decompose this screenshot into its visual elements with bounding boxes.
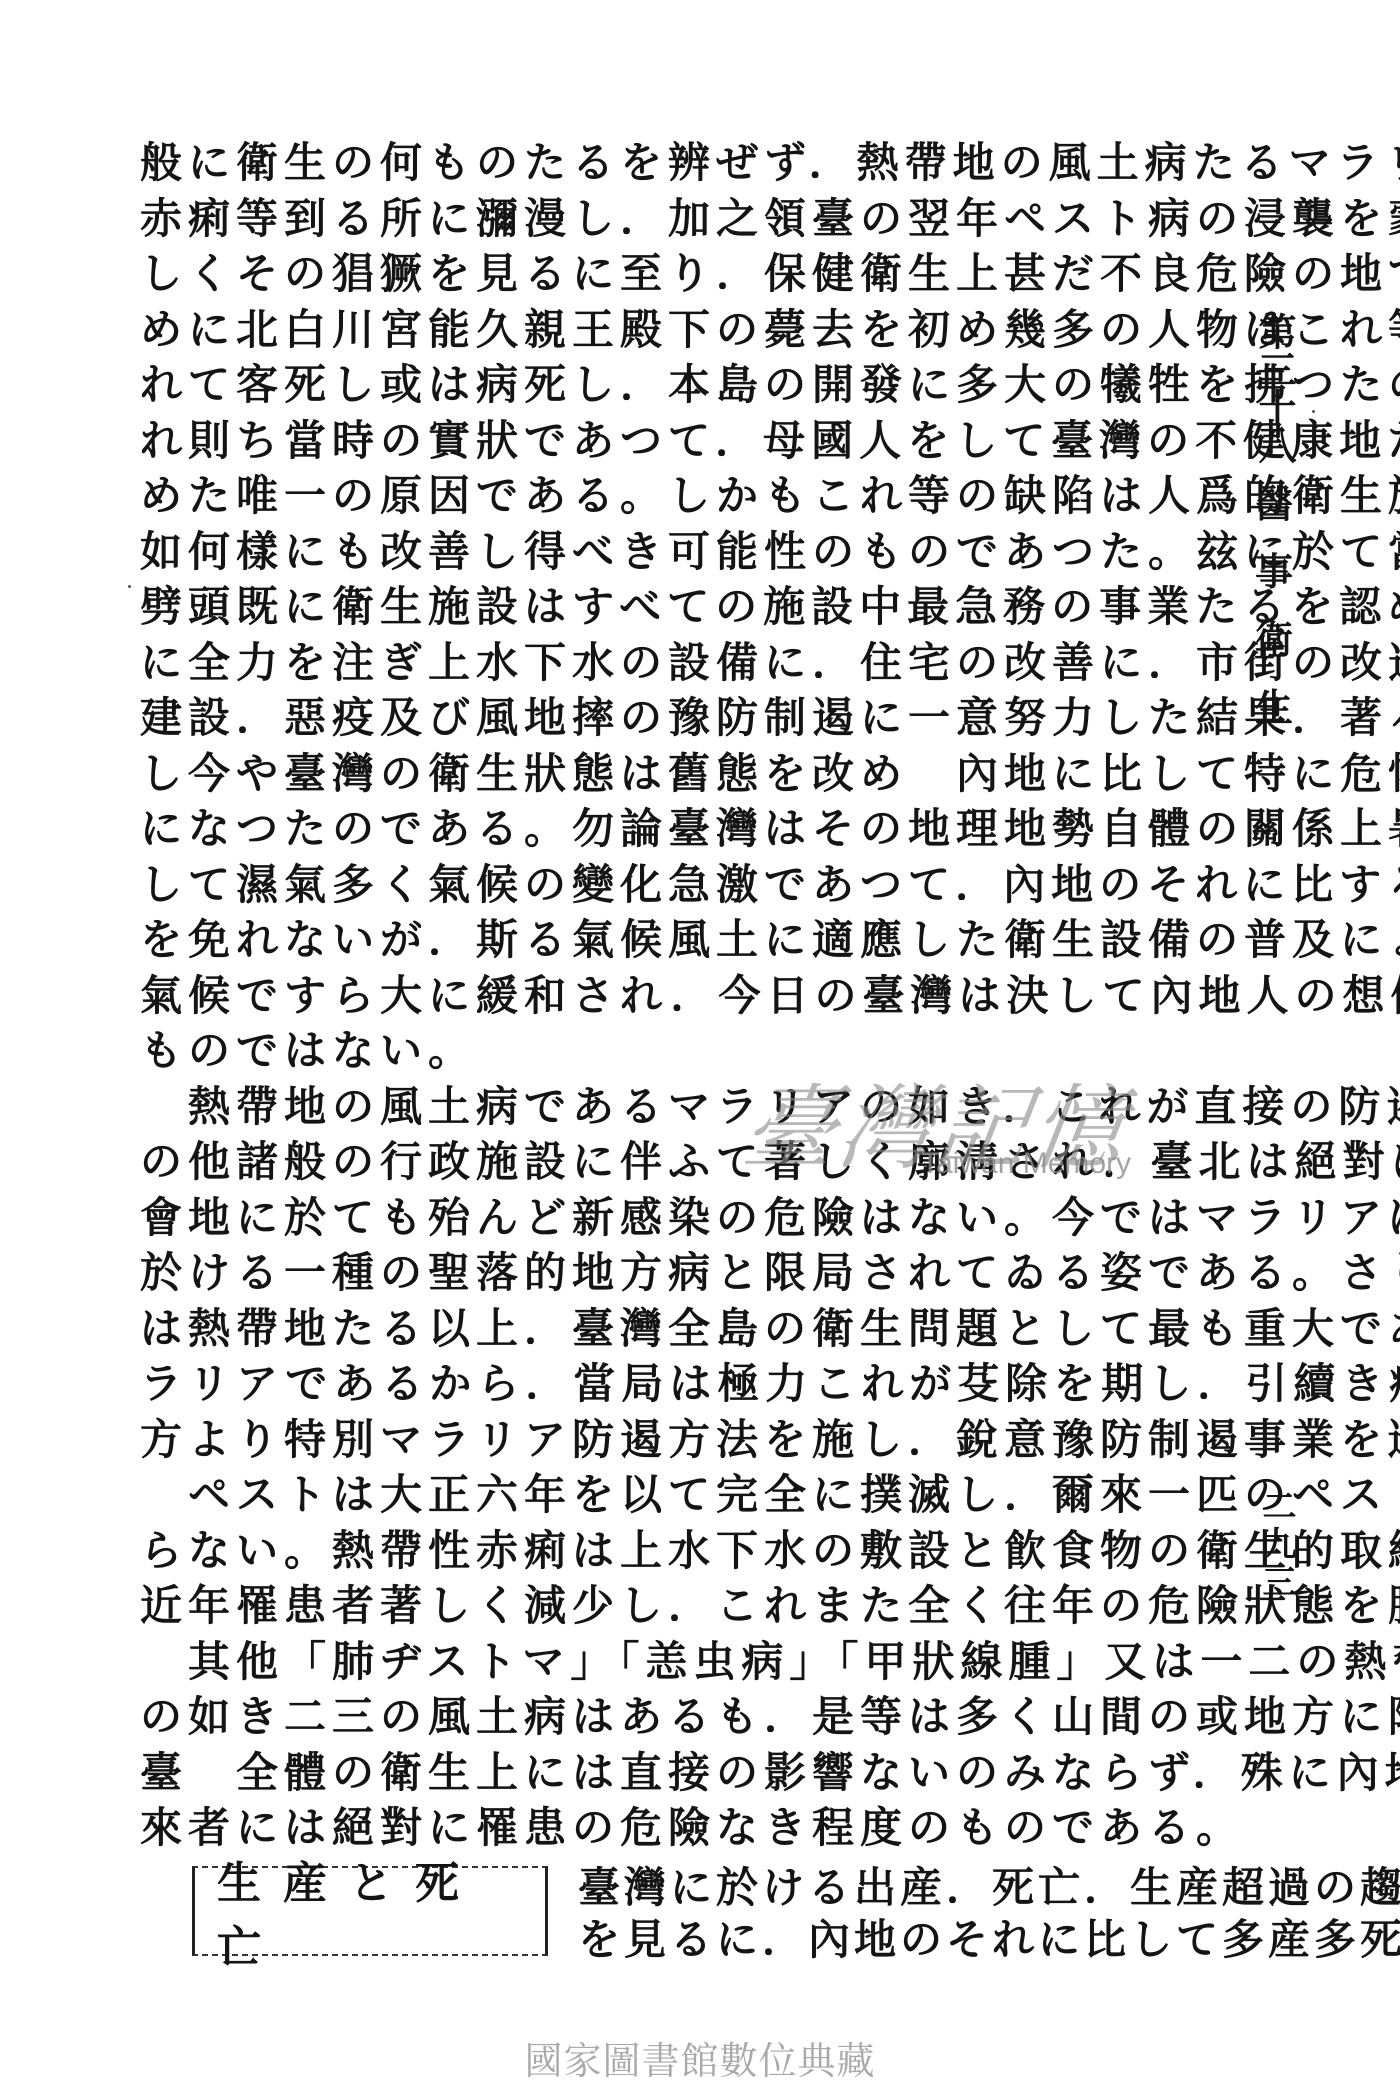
- text-line: 氣候ですら大に緩和され．今日の臺灣は決して內地人の想像するやうな: [140, 968, 1220, 1024]
- text-line: 臺灣に於ける出産．死亡．生産超過の趨勢: [578, 1862, 1218, 1914]
- scan-speck: [128, 585, 131, 588]
- paragraph-start-line: 其他「肺ヂストマ」「恙虫病」「甲狀線腫」又は一二の熱帶性皮膚病: [140, 1634, 1220, 1690]
- text-line: ラリアであるから．當局は極力これが芟除を期し．引續き病毒濃厚の地: [140, 1356, 1220, 1412]
- section-char: 生: [1252, 686, 1296, 730]
- text-line: 會地に於ても殆んど新感染の危險はない。今ではマラリアは山間僻地に: [140, 1190, 1220, 1246]
- text-line: れて客死し或は病死し．本島の開發に多大の犧牲を拂つたのである。こ: [140, 357, 1220, 413]
- library-footer-watermark: 國家圖書館數位典藏: [0, 2030, 1400, 2085]
- text-line: 於ける一種の聖落的地方病と限局されてゐる姿である。さりながら臺灣: [140, 1245, 1220, 1301]
- page-number: 二九三: [1256, 1488, 1296, 1608]
- text-line: ものではない。: [140, 1023, 1220, 1079]
- section-heading: 生産と死亡: [195, 1868, 545, 1954]
- text-line: の如き二三の風土病はあるも．是等は多く山間の或地方に限局せられ．: [140, 1689, 1220, 1745]
- text-line: して濕氣多く氣候の變化急激であつて．內地のそれに比すると不良たる: [140, 857, 1220, 913]
- body-text: 般に衛生の何ものたるを辨ぜず．熱帶地の風土病たるマラリアや．熱帶 赤痢等到る所に…: [140, 135, 1220, 1856]
- scan-speck: [1312, 410, 1315, 413]
- chapter-number-text: 第三十八: [1252, 312, 1296, 464]
- text-line: に全力を注ぎ上水下水の設備に．住宅の改善に．市街の改造に．病院の: [140, 635, 1220, 691]
- text-line: しくその猖獗を見るに至り．保健衛生上甚だ不良危險の地であつた。爲: [140, 246, 1220, 302]
- text-line: れ則ち當時の實狀であつて．母國人をして臺灣の不健康地たるを怖れし: [140, 413, 1220, 469]
- text-line: を見るに．內地のそれに比して多産多死な: [578, 1914, 1218, 1966]
- text-line: し今や臺灣の衛生狀態は舊態を改め 內地に比して特に危惧のないやう: [140, 746, 1220, 802]
- text-line: らない。熱帶性赤痢は上水下水の敷設と飮食物の衛生的取締勵行の結果: [140, 1523, 1220, 1579]
- section-heading-box: 生産と死亡: [192, 1866, 548, 1956]
- chapter-heading: 第三十八 醫 事 衛 生: [1252, 312, 1296, 730]
- text-line: を免れないが．斯る氣候風土に適應した衛生設備の普及によつて自然の: [140, 912, 1220, 968]
- text-line: めた唯一の原因である。しかもこれ等の缺陷は人爲的衛生施設によつて: [140, 468, 1220, 524]
- text-line: 近年罹患者著しく減少し．これまた全く往年の危險狀態を脫して居る。: [140, 1578, 1220, 1634]
- text-line: 般に衛生の何ものたるを辨ぜず．熱帶地の風土病たるマラリアや．熱帶: [140, 135, 1220, 191]
- text-line: になつたのである。勿論臺灣はその地理地勢自體の關係上暑熱期長く概: [140, 801, 1220, 857]
- chapter-number: 第三十八: [1252, 312, 1296, 464]
- text-line: 赤痢等到る所に瀰漫し．加之領臺の翌年ペスト病の浸襲を蒙り．爾來久: [140, 191, 1220, 247]
- text-line: 劈頭既に衛生施設はすべての施設中最急務の事業たるを認め．その改善: [140, 579, 1220, 635]
- section-char: 事: [1252, 550, 1296, 594]
- section-text: 臺灣に於ける出産．死亡．生産超過の趨勢 を見るに．內地のそれに比して多産多死な: [578, 1862, 1218, 1966]
- text-line: めに北白川宮能久親王殿下の薨去を初め幾多の人物はこれ等惡疫に禍さ: [140, 302, 1220, 358]
- page-number-text: 二九三: [1259, 1488, 1293, 1602]
- paragraph-start-line: ペストは大正六年を以て完全に撲滅し．爾來一匹のペスト鼠の發生す: [140, 1467, 1220, 1523]
- section-char: 衛: [1252, 618, 1296, 662]
- text-line: は熱帶地たる以上．臺灣全島の衛生問題として最も重大であるは勿論マ: [140, 1301, 1220, 1357]
- text-line: 如何樣にも改善し得べき可能性のものであつた。玆に於て當局は領臺の: [140, 524, 1220, 580]
- section-char: 醫: [1252, 482, 1296, 526]
- text-line: 方より特別マラリア防遏方法を施し．銳意豫防制遏事業を進めてゐる。: [140, 1412, 1220, 1468]
- text-line: 臺 全體の衛生上には直接の影響ないのみならず．殊に內地等よりの渡: [140, 1745, 1220, 1801]
- paragraph-start-line: 熱帶地の風土病であるマラリアの如き．これが直接の防遏方法とそ: [140, 1079, 1220, 1135]
- text-line: 建設．惡疫及び風地摔の豫防制遏に一意努力した結果．著々その效を奏: [140, 690, 1220, 746]
- text-line: の他諸般の行政施設に伴ふて著しく廓淸され．臺北は絕對にその他の都: [140, 1134, 1220, 1190]
- document-page: 般に衛生の何ものたるを辨ぜず．熱帶地の風土病たるマラリアや．熱帶 赤痢等到る所に…: [0, 0, 1400, 2100]
